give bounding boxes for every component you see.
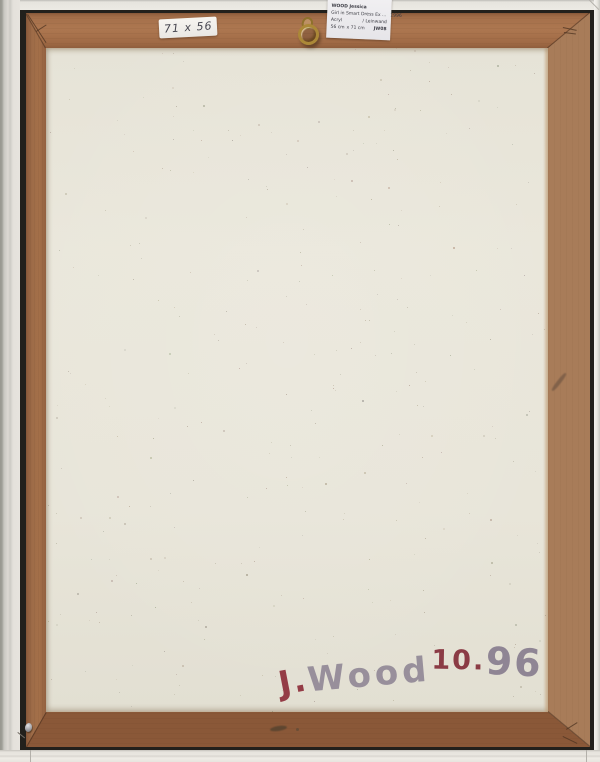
speckle xyxy=(69,99,70,100)
speckle xyxy=(117,496,119,498)
speckle xyxy=(51,679,52,680)
speckle xyxy=(150,558,152,560)
speckle xyxy=(315,639,316,640)
speckle xyxy=(545,615,546,616)
speckle xyxy=(314,701,315,702)
speckle xyxy=(334,179,335,180)
speckle xyxy=(246,574,248,576)
speckle xyxy=(495,438,496,439)
speckle xyxy=(174,407,176,409)
speckle xyxy=(369,320,370,321)
speckle xyxy=(193,480,194,481)
speckle xyxy=(286,477,287,478)
speckle xyxy=(443,528,445,530)
speckle xyxy=(248,179,249,180)
hanging-ring xyxy=(298,24,319,45)
speckle xyxy=(476,270,477,271)
speckle xyxy=(174,694,175,695)
speckle xyxy=(353,150,354,151)
speckle xyxy=(497,107,498,108)
speckle xyxy=(414,554,415,555)
speckle xyxy=(271,132,272,133)
speckle xyxy=(158,300,159,301)
speckle xyxy=(490,339,491,340)
speckle xyxy=(124,134,125,135)
speckle xyxy=(85,384,86,385)
speckle xyxy=(515,65,516,66)
speckle xyxy=(182,665,184,667)
speckle xyxy=(117,436,118,437)
speckle xyxy=(376,143,377,144)
speckle xyxy=(490,575,491,576)
speckle xyxy=(393,700,394,701)
speckle xyxy=(539,552,540,553)
speckle xyxy=(384,130,385,131)
speckle xyxy=(430,275,431,276)
speckle xyxy=(336,350,337,351)
speckle xyxy=(105,398,106,399)
speckle xyxy=(131,615,132,616)
speckle xyxy=(176,674,177,675)
speckle xyxy=(375,355,376,356)
outer-frame-left xyxy=(0,0,20,762)
wood-knot-dot xyxy=(296,728,299,731)
speckle xyxy=(389,224,390,225)
speckle xyxy=(124,349,126,351)
speckle xyxy=(158,570,159,571)
speckle xyxy=(517,535,518,536)
speckle xyxy=(301,265,302,266)
artwork-size-a: 56 cm xyxy=(330,25,344,33)
speckle xyxy=(469,128,470,129)
speckle xyxy=(116,679,117,680)
speckle xyxy=(452,315,453,316)
speckle xyxy=(98,275,99,276)
speckle xyxy=(60,614,61,615)
speckle xyxy=(423,406,424,407)
speckle xyxy=(247,280,248,281)
speckle xyxy=(226,311,227,312)
speckle xyxy=(306,304,307,305)
speckle xyxy=(377,294,378,295)
speckle xyxy=(68,371,69,372)
speckle xyxy=(74,68,75,69)
speckle xyxy=(380,79,382,81)
speckle xyxy=(395,108,396,109)
spacer xyxy=(366,26,371,33)
speckle xyxy=(396,48,397,49)
speckle xyxy=(77,593,79,595)
speckle xyxy=(333,636,334,637)
speckle xyxy=(360,342,361,343)
speckle xyxy=(201,422,202,423)
speckle xyxy=(256,327,257,328)
speckle xyxy=(80,517,82,519)
speckle xyxy=(245,324,246,325)
speckle xyxy=(205,626,207,628)
speckle xyxy=(136,583,137,584)
speckle xyxy=(512,144,513,145)
speckle xyxy=(174,527,175,528)
speckle xyxy=(215,563,216,564)
speckle xyxy=(57,405,58,406)
speckle xyxy=(544,329,545,330)
speckle xyxy=(399,434,400,435)
speckle xyxy=(491,562,493,564)
speckle xyxy=(360,309,361,310)
speckle xyxy=(374,270,375,271)
speckle xyxy=(85,671,86,672)
speckle xyxy=(396,391,397,392)
speckle xyxy=(302,535,303,536)
speckle xyxy=(417,405,418,406)
speckle xyxy=(183,581,184,582)
speckle xyxy=(369,559,370,560)
speckle xyxy=(203,105,205,107)
speckle xyxy=(540,694,541,695)
speckle xyxy=(492,426,493,427)
speckle xyxy=(515,624,517,626)
speckle xyxy=(524,275,525,276)
speckle xyxy=(346,153,348,155)
speckle xyxy=(315,423,316,424)
speckle xyxy=(286,394,287,395)
speckle xyxy=(299,281,300,282)
speckle xyxy=(535,471,536,472)
speckle xyxy=(478,100,480,102)
speckle xyxy=(174,307,175,308)
speckle xyxy=(351,348,352,349)
speckle xyxy=(173,53,174,54)
speckle xyxy=(336,196,337,197)
speckle xyxy=(141,258,142,259)
dimension-sticker: 71 x 56 xyxy=(159,16,218,38)
speckle xyxy=(199,588,200,589)
speckle xyxy=(302,487,303,488)
speckle xyxy=(109,406,110,407)
speckle xyxy=(266,186,267,187)
speckle xyxy=(201,140,202,141)
speckle xyxy=(271,442,272,443)
dimension-sticker-text: 71 x 56 xyxy=(163,19,212,35)
speckle xyxy=(319,457,320,458)
speckle xyxy=(150,457,152,459)
speckle xyxy=(176,106,177,107)
speckle xyxy=(511,248,512,249)
speckle xyxy=(355,49,356,50)
speckle xyxy=(61,468,62,469)
artwork-code: JW08 xyxy=(373,27,386,35)
speckle xyxy=(56,417,58,419)
outer-frame-top xyxy=(0,0,600,10)
speckle xyxy=(286,203,288,205)
speckle xyxy=(155,607,156,608)
artwork-size-b: x 71 cm xyxy=(346,25,364,33)
speckle xyxy=(204,639,205,640)
speckle xyxy=(173,139,174,140)
canvas-back-photo: 71 x 56 WOOD Jessica Girl in Smart Dress… xyxy=(0,0,600,762)
speckle xyxy=(500,309,501,310)
speckle xyxy=(335,390,336,391)
speckle xyxy=(410,70,411,71)
speckle xyxy=(332,275,333,276)
speckle xyxy=(193,172,194,173)
speckle xyxy=(414,50,416,52)
speckle xyxy=(353,130,354,131)
artist-label-size-row: 56 cm x 71 cm JW08 xyxy=(330,25,386,34)
speckle xyxy=(467,493,468,494)
speckle xyxy=(48,621,49,622)
speckle xyxy=(528,182,529,183)
speckle xyxy=(364,472,366,474)
speckle xyxy=(131,706,132,707)
speckle xyxy=(183,61,184,62)
speckle xyxy=(441,452,442,453)
speckle xyxy=(96,612,97,613)
speckle xyxy=(429,62,430,63)
speckle xyxy=(398,225,399,226)
speckle xyxy=(150,506,151,507)
speckle xyxy=(241,563,242,564)
speckle xyxy=(59,250,60,251)
speckle xyxy=(516,204,517,205)
speckle xyxy=(453,247,455,249)
speckle xyxy=(153,438,154,439)
speckle xyxy=(526,414,528,416)
speckle xyxy=(448,67,449,68)
speckle xyxy=(343,519,344,520)
speckle xyxy=(50,132,51,133)
speckle xyxy=(431,435,433,437)
speckle xyxy=(474,369,475,370)
speckle xyxy=(223,430,225,432)
speckle xyxy=(340,374,341,375)
speckle xyxy=(198,620,199,621)
speckle xyxy=(266,488,267,489)
frame-miter-seam xyxy=(30,750,31,762)
speckle xyxy=(240,135,241,136)
speckle xyxy=(257,270,259,272)
speckle xyxy=(287,485,288,486)
signature-month: 10. xyxy=(431,645,485,677)
speckle xyxy=(56,513,57,514)
speckle xyxy=(469,513,470,514)
speckle xyxy=(48,505,49,506)
stretcher-frame xyxy=(26,13,590,747)
artist-label: WOOD Jessica Girl in Smart Dress Ex ... … xyxy=(326,0,392,40)
speckle xyxy=(103,531,104,532)
speckle xyxy=(537,543,538,544)
speckle xyxy=(466,322,467,323)
speckle xyxy=(425,381,426,382)
speckle xyxy=(170,493,171,494)
speckle xyxy=(246,217,247,218)
speckle xyxy=(497,65,499,67)
speckle xyxy=(393,150,394,151)
speckle xyxy=(325,483,327,485)
speckle xyxy=(425,538,426,539)
speckle xyxy=(190,272,191,273)
speckle xyxy=(99,622,100,623)
speckle xyxy=(164,557,166,559)
speckle xyxy=(119,692,120,693)
speckle xyxy=(187,426,188,427)
speckle xyxy=(139,243,140,244)
speckle xyxy=(164,651,165,652)
speckle xyxy=(439,206,440,207)
speckle xyxy=(513,461,514,462)
speckle xyxy=(390,600,391,601)
speckle xyxy=(529,411,530,412)
speckle xyxy=(158,418,159,419)
speckle xyxy=(311,410,312,411)
speckle xyxy=(397,159,398,160)
speckle xyxy=(124,523,126,525)
speckle xyxy=(286,154,287,155)
outer-frame-bottom xyxy=(0,750,600,762)
speckle xyxy=(162,168,163,169)
speckle xyxy=(401,278,402,279)
speckle xyxy=(262,675,263,676)
speckle xyxy=(483,435,485,437)
speckle xyxy=(372,602,373,603)
speckle xyxy=(162,53,163,54)
speckle xyxy=(246,363,247,364)
speckle xyxy=(169,353,171,355)
speckle xyxy=(314,354,315,355)
speckle xyxy=(116,575,117,576)
speckle xyxy=(360,242,361,243)
speckle xyxy=(305,511,306,512)
speckle xyxy=(300,252,301,253)
speckle xyxy=(424,612,425,613)
speckle xyxy=(394,109,396,111)
speckle xyxy=(254,561,255,562)
speckle xyxy=(291,457,292,458)
speckle xyxy=(290,445,291,446)
speckle xyxy=(132,665,133,666)
speckle xyxy=(513,696,514,697)
speckle xyxy=(368,589,369,590)
speckle xyxy=(406,483,407,484)
speckle xyxy=(56,624,58,626)
speckle xyxy=(490,519,492,521)
speckle xyxy=(191,602,192,603)
speckle xyxy=(416,372,417,373)
speckle xyxy=(535,691,536,692)
speckle xyxy=(214,334,215,335)
speckle xyxy=(397,299,398,300)
speckle xyxy=(440,182,441,183)
speckle xyxy=(273,605,275,607)
speckle xyxy=(267,189,268,190)
speckle xyxy=(307,167,308,168)
speckle xyxy=(89,620,90,621)
speckle xyxy=(318,121,320,123)
speckle xyxy=(409,385,410,386)
canvas-texture xyxy=(46,48,548,712)
speckle xyxy=(395,634,396,635)
speckle xyxy=(117,120,118,121)
speckle xyxy=(407,307,408,308)
speckle xyxy=(179,316,180,317)
speckle xyxy=(509,583,511,585)
speckle xyxy=(414,344,415,345)
speckle xyxy=(333,388,334,389)
speckle xyxy=(133,279,134,280)
speckle xyxy=(281,595,282,596)
speckle xyxy=(275,676,276,677)
speckle xyxy=(218,340,219,341)
speckle xyxy=(172,87,174,89)
speckle xyxy=(56,543,57,544)
speckle xyxy=(258,124,260,126)
speckle xyxy=(91,559,92,560)
speckle xyxy=(188,373,189,374)
speckle xyxy=(520,686,522,688)
speckle xyxy=(532,334,533,335)
speckle xyxy=(232,140,233,141)
speckle xyxy=(497,248,498,249)
speckle xyxy=(286,296,287,297)
speckle xyxy=(303,229,304,230)
speckle xyxy=(363,143,364,144)
speckle xyxy=(109,517,111,519)
speckle xyxy=(193,130,194,131)
speckle xyxy=(145,217,147,219)
speckle xyxy=(73,267,74,268)
speckle xyxy=(401,210,402,211)
speckle xyxy=(240,695,241,696)
artwork-year: 1996 xyxy=(390,13,402,20)
outer-frame-right xyxy=(594,0,600,762)
speckle xyxy=(538,313,539,314)
speckle xyxy=(105,210,106,211)
speckle xyxy=(394,331,395,332)
speckle xyxy=(396,520,397,521)
speckle xyxy=(269,453,270,454)
speckle xyxy=(111,580,113,582)
speckle xyxy=(429,81,430,82)
speckle xyxy=(362,400,364,402)
speckle xyxy=(351,180,353,182)
speckle xyxy=(65,193,67,195)
speckle xyxy=(130,245,131,246)
speckle xyxy=(371,199,372,200)
speckle xyxy=(129,506,130,507)
speckle xyxy=(391,353,392,354)
speckle xyxy=(344,513,345,514)
speckle xyxy=(283,342,284,343)
speckle xyxy=(388,94,389,95)
speckle xyxy=(382,445,383,446)
speckle xyxy=(422,457,423,458)
speckle xyxy=(133,151,134,152)
speckle xyxy=(109,559,110,560)
speckle xyxy=(388,187,390,189)
speckle xyxy=(208,157,209,158)
speckle xyxy=(239,368,240,369)
speckle xyxy=(228,130,229,131)
frame-miter-seam xyxy=(586,750,587,762)
speckle xyxy=(423,590,424,591)
speckle xyxy=(297,140,299,142)
speckle xyxy=(143,97,144,98)
speckle xyxy=(170,170,171,171)
speckle xyxy=(173,116,174,117)
speckle xyxy=(365,320,366,321)
speckle xyxy=(450,355,451,356)
